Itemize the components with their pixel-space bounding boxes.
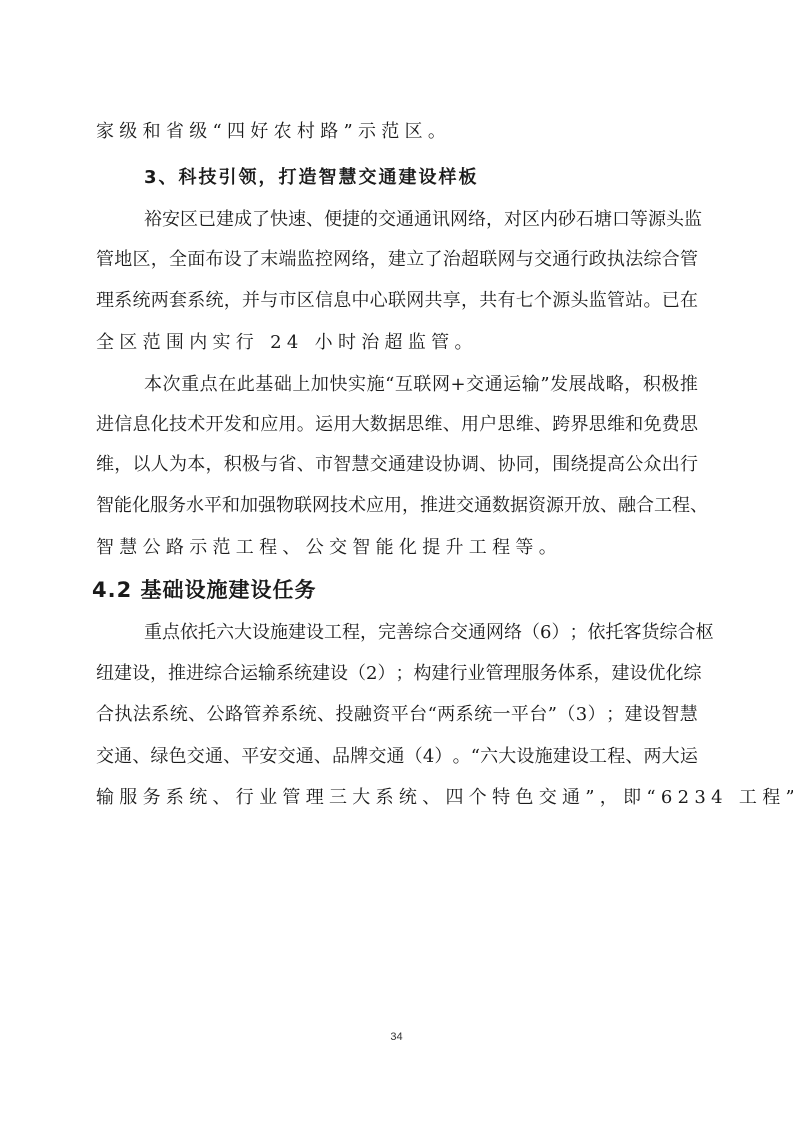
paragraph-line: 纽建设，推进综合运输系统建设（2）；构建行业管理服务体系，建设优化综 bbox=[96, 661, 698, 687]
paragraph-line: 合执法系统、公路管养系统、投融资平台“两系统一平台”（3）；建设智慧 bbox=[96, 702, 698, 728]
paragraph-line: 维，以人为本，积极与省、市智慧交通建设协调、协同，围绕提高公众出行 bbox=[96, 452, 698, 478]
paragraph-line: 进信息化技术开发和应用。运用大数据思维、用户思维、跨界思维和免费思 bbox=[96, 412, 698, 438]
paragraph-line: 全区范围内实行 24 小时治超监管。 bbox=[96, 330, 698, 356]
paragraph-line: 家级和省级“四好农村路”示范区。 bbox=[96, 119, 698, 145]
paragraph-line: 理系统两套系统，并与市区信息中心联网共享，共有七个源头监管站。已在 bbox=[96, 288, 698, 314]
paragraph-line: 本次重点在此基础上加快实施“互联网+交通运输”发展战略，积极推 bbox=[144, 372, 698, 398]
document-page: 家级和省级“四好农村路”示范区。 3、科技引领，打造智慧交通建设样板 裕安区已建… bbox=[0, 0, 793, 1122]
paragraph-line: 重点依托六大设施建设工程，完善综合交通网络（6）；依托客货综合枢 bbox=[144, 620, 698, 646]
page-number: 34 bbox=[0, 1031, 793, 1043]
paragraph-line: 输服务系统、行业管理三大系统、四个特色交通”，即“6234 工程”。 bbox=[96, 785, 698, 811]
paragraph-line: 裕安区已建成了快速、便捷的交通通讯网络，对区内砂石塘口等源头监 bbox=[144, 207, 698, 233]
section-heading-3: 3、科技引领，打造智慧交通建设样板 bbox=[144, 165, 479, 191]
paragraph-line: 智慧公路示范工程、公交智能化提升工程等。 bbox=[96, 535, 698, 561]
paragraph-line: 交通、绿色交通、平安交通、品牌交通（4）。“六大设施建设工程、两大运 bbox=[96, 744, 698, 770]
paragraph-line: 管地区，全面布设了末端监控网络，建立了治超联网与交通行政执法综合管 bbox=[96, 247, 698, 273]
section-heading-4-2: 4.2 基础设施建设任务 bbox=[92, 575, 317, 605]
paragraph-line: 智能化服务水平和加强物联网技术应用，推进交通数据资源开放、融合工程、 bbox=[96, 493, 698, 519]
